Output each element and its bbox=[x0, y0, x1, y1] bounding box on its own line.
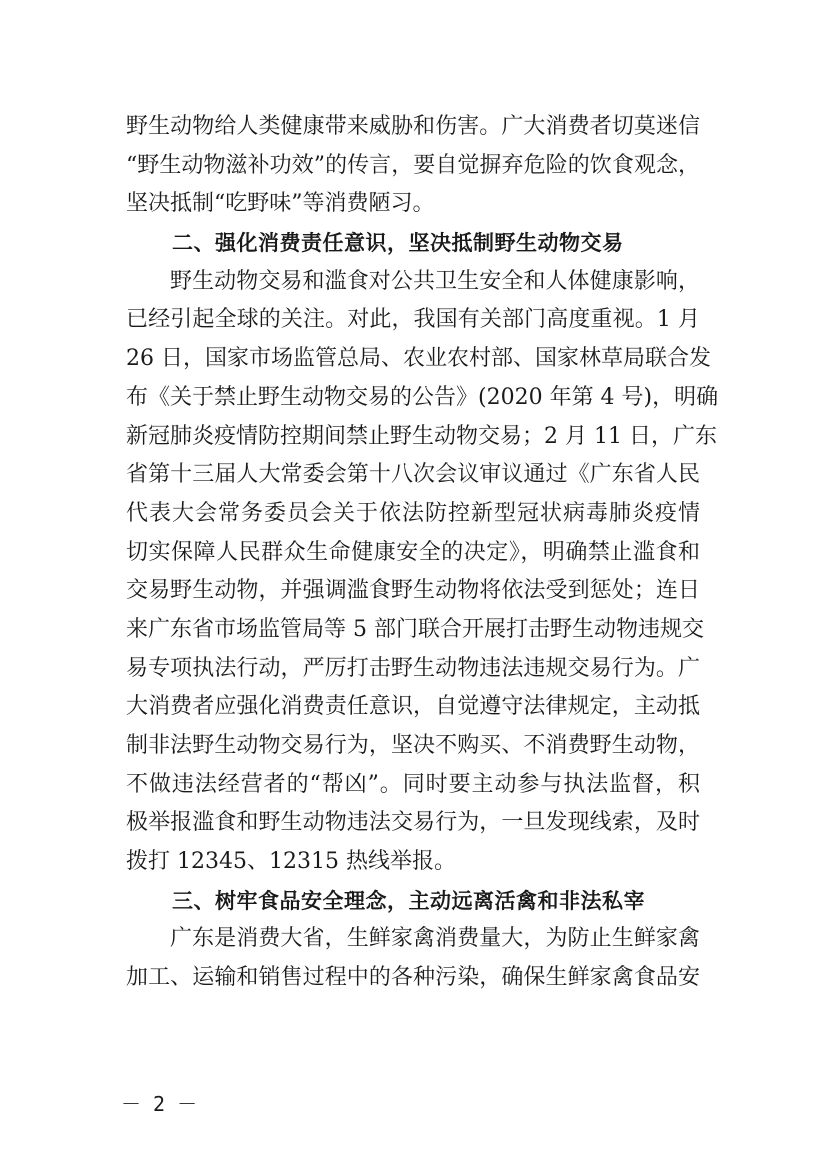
text-line: 加工、运输和销售过程中的各种污染，确保生鲜家禽食品安 bbox=[126, 959, 700, 998]
text-line: 26 日，国家市场监管总局、农业农村部、国家林草局联合发 bbox=[126, 340, 700, 379]
section-heading: 三、树牢食品安全理念，主动远离活禽和非法私宰 bbox=[126, 882, 700, 921]
text-line: 省第十三届人大常委会第十八次会议审议通过《广东省人民 bbox=[126, 456, 700, 495]
text-line: 来广东省市场监管局等 5 部门联合开展打击野生动物违规交 bbox=[126, 611, 700, 650]
paragraph-continuation: 野生动物给人类健康带来威胁和伤害。广大消费者切莫迷信 “野生动物滋补功效”的传言… bbox=[126, 108, 700, 224]
text-line: 交易野生动物，并强调滥食野生动物将依法受到惩处；连日 bbox=[126, 572, 700, 611]
text-line: 切实保障人民群众生命健康安全的决定》，明确禁止滥食和 bbox=[126, 534, 700, 573]
section-heading: 二、强化消费责任意识，坚决抵制野生动物交易 bbox=[126, 224, 700, 263]
text-line: 布《关于禁止野生动物交易的公告》(2020 年第 4 号)，明确 bbox=[126, 379, 700, 418]
text-line: 大消费者应强化消费责任意识，自觉遵守法律规定，主动抵 bbox=[126, 688, 700, 727]
section-2: 二、强化消费责任意识，坚决抵制野生动物交易 野生动物交易和滥食对公共卫生安全和人… bbox=[126, 224, 700, 882]
text-line: 制非法野生动物交易行为，坚决不购买、不消费野生动物， bbox=[126, 727, 700, 766]
text-line: 拨打 12345、12315 热线举报。 bbox=[126, 843, 700, 882]
text-line: 新冠肺炎疫情防控期间禁止野生动物交易；2 月 11 日，广东 bbox=[126, 418, 700, 457]
document-page: 野生动物给人类健康带来威胁和伤害。广大消费者切莫迷信 “野生动物滋补功效”的传言… bbox=[126, 108, 700, 998]
text-line: 野生动物交易和滥食对公共卫生安全和人体健康影响， bbox=[126, 263, 700, 302]
text-line: “野生动物滋补功效”的传言，要自觉摒弃危险的饮食观念， bbox=[126, 147, 700, 186]
text-line: 极举报滥食和野生动物违法交易行为，一旦发现线索，及时 bbox=[126, 804, 700, 843]
text-line: 已经引起全球的关注。对此，我国有关部门高度重视。1 月 bbox=[126, 301, 700, 340]
section-3: 三、树牢食品安全理念，主动远离活禽和非法私宰 广东是消费大省，生鲜家禽消费量大，… bbox=[126, 882, 700, 998]
text-line: 代表大会常务委员会关于依法防控新型冠状病毒肺炎疫情 bbox=[126, 495, 700, 534]
text-line: 坚决抵制“吃野味”等消费陋习。 bbox=[126, 185, 700, 224]
text-line: 广东是消费大省，生鲜家禽消费量大，为防止生鲜家禽 bbox=[126, 920, 700, 959]
text-line: 野生动物给人类健康带来威胁和伤害。广大消费者切莫迷信 bbox=[126, 108, 700, 147]
page-number: － 2 － bbox=[121, 1088, 197, 1117]
text-line: 易专项执法行动，严厉打击野生动物违法违规交易行为。广 bbox=[126, 650, 700, 689]
text-line: 不做违法经营者的“帮凶”。同时要主动参与执法监督，积 bbox=[126, 766, 700, 805]
